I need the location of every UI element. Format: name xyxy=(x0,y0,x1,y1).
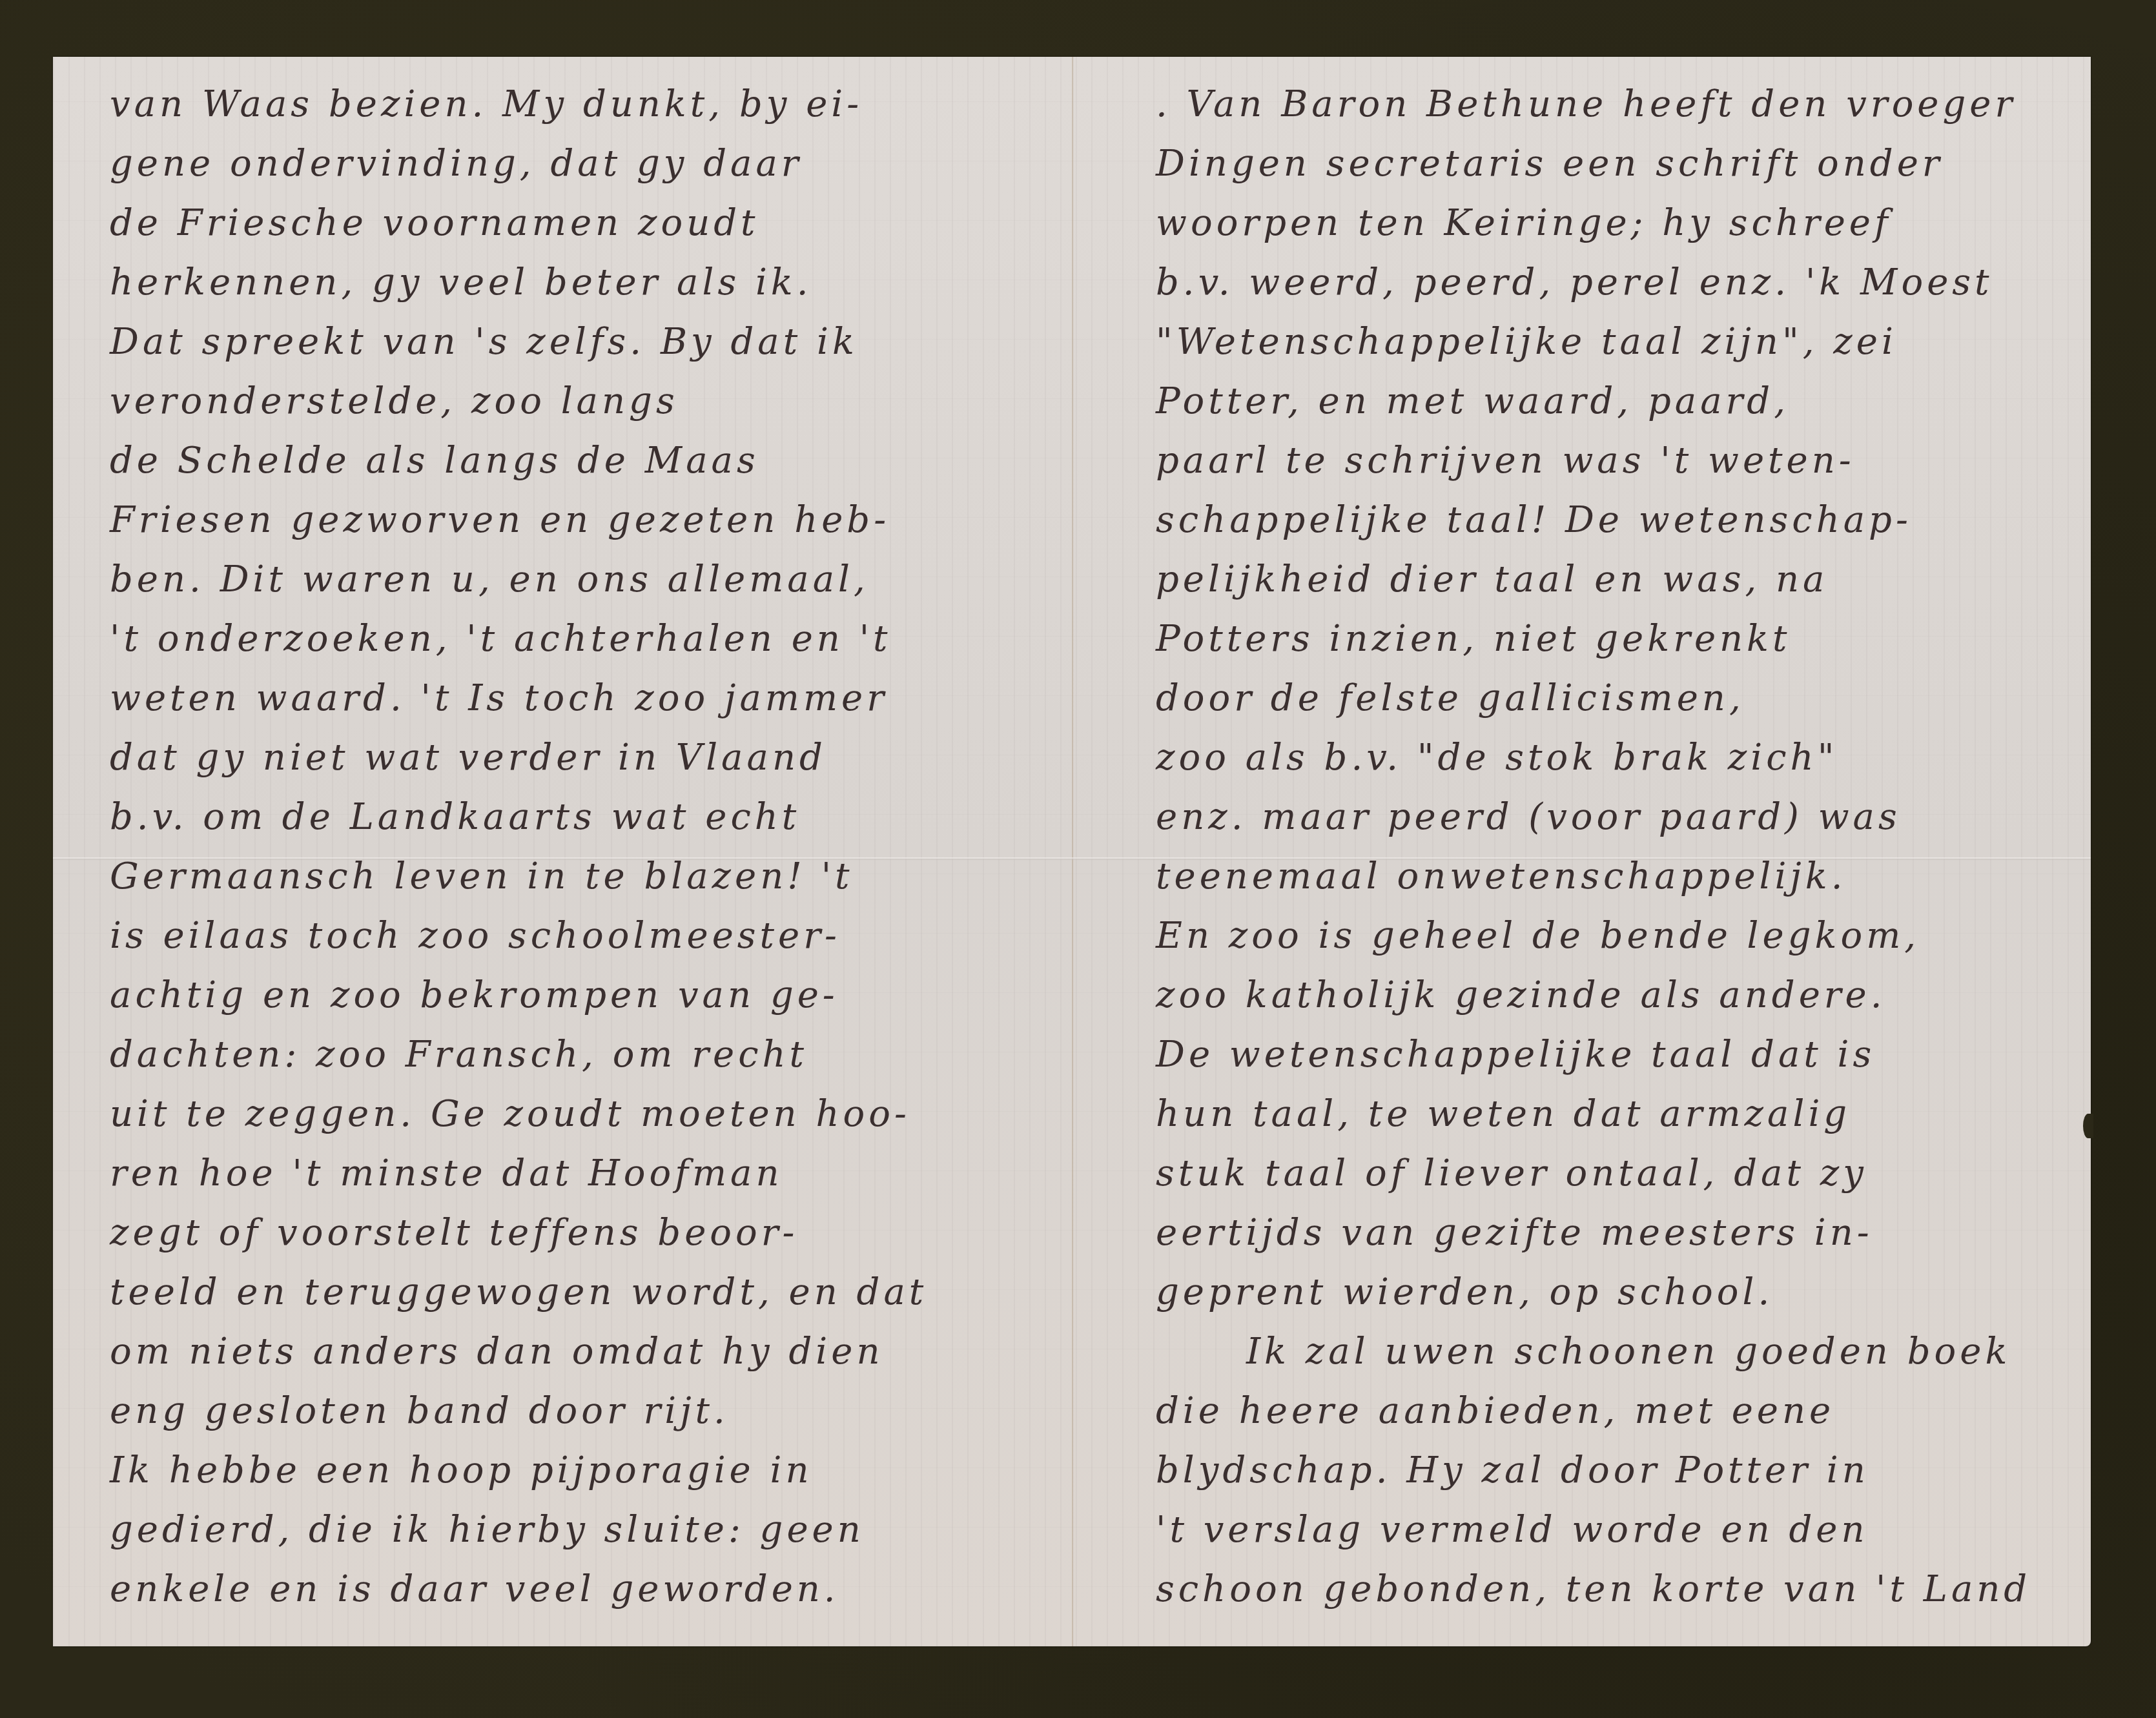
right-page: . Van Baron Bethune heeft den vroeger Di… xyxy=(1156,57,2079,1646)
text-line: eng gesloten band door rijt. xyxy=(110,1392,729,1431)
text-line: schoon gebonden, ten korte van 't Land xyxy=(1156,1570,2031,1609)
text-line: weten waard. 't Is toch zoo jammer xyxy=(110,679,888,718)
text-line: Dingen secretaris een schrift onder xyxy=(1156,145,1944,183)
text-line: is eilaas toch zoo schoolmeester- xyxy=(110,917,841,956)
text-line: b.v. weerd, peerd, perel enz. 'k Moest xyxy=(1156,263,1993,302)
text-line: de Friesche voornamen zoudt xyxy=(110,204,759,243)
text-line: "Wetenschappelijke taal zijn", zei xyxy=(1156,323,1897,362)
text-line: b.v. om de Landkaarts wat echt xyxy=(110,798,800,837)
text-line: Friesen gezworven en gezeten heb- xyxy=(110,501,890,540)
text-line: uit te zeggen. Ge zoudt moeten hoo- xyxy=(110,1095,910,1134)
text-line: zegt of voorstelt teffens beoor- xyxy=(110,1214,798,1253)
text-line: Ik hebbe een hoop pijporagie in xyxy=(110,1451,813,1490)
text-line: En zoo is geheel de bende legkom, xyxy=(1156,917,1920,956)
text-line: zoo als b.v. "de stok brak zich" xyxy=(1156,739,1838,777)
text-line: schappelijke taal! De wetenschap- xyxy=(1156,501,1912,540)
text-line: . Van Baron Bethune heeft den vroeger xyxy=(1156,85,2016,124)
text-line: gene ondervinding, dat gy daar xyxy=(110,145,803,183)
text-line: herkennen, gy veel beter als ik. xyxy=(110,263,812,302)
text-line: van Waas bezien. My dunkt, by ei- xyxy=(110,85,863,124)
text-line: teenemaal onwetenschappelijk. xyxy=(1156,857,1846,896)
text-line: veronderstelde, zoo langs xyxy=(110,382,679,421)
text-line: De wetenschappelijke taal dat is xyxy=(1156,1036,1875,1074)
text-line: zoo katholijk gezinde als andere. xyxy=(1156,976,1886,1015)
text-line: teeld en teruggewogen wordt, en dat xyxy=(110,1273,927,1312)
left-page: van Waas bezien. My dunkt, by ei- gene o… xyxy=(110,57,1065,1646)
paper-tear xyxy=(2083,1114,2093,1138)
text-line: blydschap. Hy zal door Potter in xyxy=(1156,1451,1869,1490)
text-line: woorpen ten Keiringe; hy schreef xyxy=(1156,204,1892,243)
text-line: hun taal, te weten dat armzalig xyxy=(1156,1095,1851,1134)
text-line: enkele en is daar veel geworden. xyxy=(110,1570,839,1609)
text-line-paragraph-start: Ik zal uwen schoonen goeden boek xyxy=(1246,1333,2011,1371)
text-line: stuk taal of liever ontaal, dat zy xyxy=(1156,1154,1867,1193)
text-line: geprent wierden, op school. xyxy=(1156,1273,1773,1312)
text-line: de Schelde als langs de Maas xyxy=(110,442,759,480)
text-line: enz. maar peerd (voor paard) was xyxy=(1156,798,1901,837)
text-line: door de felste gallicismen, xyxy=(1156,679,1745,718)
text-line: om niets anders dan omdat hy dien xyxy=(110,1333,883,1371)
text-line: eertijds van gezifte meesters in- xyxy=(1156,1214,1873,1253)
text-line: Dat spreekt van 's zelfs. By dat ik xyxy=(110,323,858,362)
text-line: Germaansch leven in te blazen! 't xyxy=(110,857,854,896)
text-line: 't verslag vermeld worde en den xyxy=(1156,1511,1869,1549)
text-line: ben. Dit waren u, en ons allemaal, xyxy=(110,560,869,599)
text-line: die heere aanbieden, met eene xyxy=(1156,1392,1834,1431)
text-line: dat gy niet wat verder in Vlaand xyxy=(110,739,826,777)
text-line: achtig en zoo bekrompen van ge- xyxy=(110,976,839,1015)
text-line: 't onderzoeken, 't achterhalen en 't xyxy=(110,620,892,659)
text-line: gedierd, die ik hierby sluite: geen xyxy=(110,1511,865,1549)
text-line: pelijkheid dier taal en was, na xyxy=(1156,560,1828,599)
vertical-fold-crease xyxy=(1072,57,1074,1646)
text-line: Potters inzien, niet gekrenkt xyxy=(1156,620,1791,659)
text-line: ren hoe 't minste dat Hoofman xyxy=(110,1154,783,1193)
letter-sheet: van Waas bezien. My dunkt, by ei- gene o… xyxy=(53,57,2091,1646)
text-line: dachten: zoo Fransch, om recht xyxy=(110,1036,808,1074)
text-line: Potter, en met waard, paard, xyxy=(1156,382,1789,421)
text-line: paarl te schrijven was 't weten- xyxy=(1156,442,1855,480)
